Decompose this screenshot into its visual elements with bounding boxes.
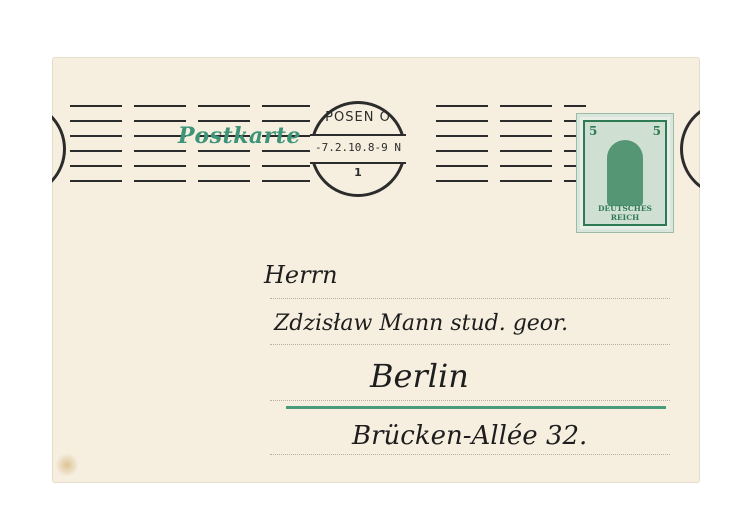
address-line-1 [270,298,670,299]
postmark-city: POSEN O [313,110,403,125]
cancellation-lines-right [436,105,586,195]
stamp-inscription: DEUTSCHES REICH [585,204,665,222]
handwritten-name: Zdzisław Mann stud. geor. [274,311,568,336]
postcard: Postkarte POSEN O -7.2.10.8-9 N 1 5 5 DE… [52,57,700,483]
handwritten-salutation: Herrn [264,261,338,289]
stamp-value-right: 5 [653,124,661,138]
printed-title: Postkarte [178,123,301,149]
postage-stamp: 5 5 DEUTSCHES REICH [577,114,673,232]
handwritten-street: Brücken-Allée 32. [352,421,587,451]
address-line-4 [270,454,670,455]
postmark-date-band: -7.2.10.8-9 N [310,134,406,164]
postmark: POSEN O -7.2.10.8-9 N 1 [310,101,406,197]
address-line-3 [270,400,670,401]
address-line-2 [270,344,670,345]
cancellation-lines-left [70,105,310,195]
handwritten-city: Berlin [370,357,469,395]
postmark-office-number: 1 [313,166,403,179]
partial-postmark-left [52,101,66,197]
stamp-frame: 5 5 DEUTSCHES REICH [583,120,667,226]
stamp-value-left: 5 [589,124,597,138]
partial-postmark-right [680,101,700,197]
age-stain [56,452,78,478]
germania-figure-icon [607,140,643,206]
green-rule [286,406,666,409]
postmark-date: -7.2.10.8-9 N [310,141,406,154]
